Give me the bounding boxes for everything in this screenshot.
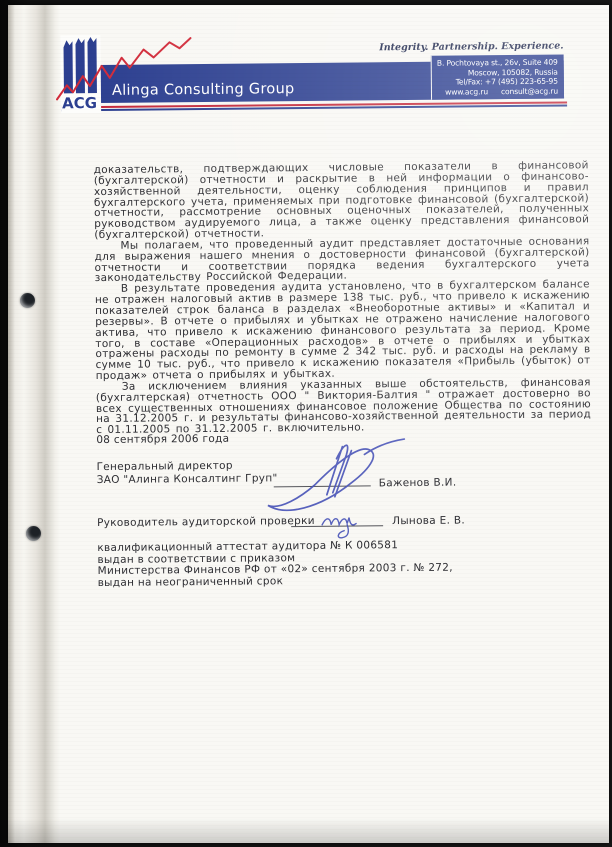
email-text: consult@acg.ru (501, 87, 558, 97)
director-signature-icon (256, 438, 413, 513)
logo-acg-text: ACG (62, 94, 97, 112)
paper-sheet: Integrity. Partnership. Experience. ACG … (8, 5, 609, 843)
punch-hole-top (20, 293, 35, 308)
scanned-document: Integrity. Partnership. Experience. ACG … (0, 0, 612, 847)
signature-block-auditor: Руководитель аудиторской проверки (97, 515, 315, 530)
website-text: www.acg.ru (445, 87, 488, 97)
brand-name: Alinga Consulting Group (112, 82, 295, 98)
punch-hole-bottom (26, 526, 41, 541)
paragraph: доказательств, подтверждающих числовые п… (94, 160, 590, 241)
paragraph: За исключением влияния указанных выше об… (96, 377, 591, 436)
signer-name: Лынова Е. В. (392, 514, 465, 527)
role-line: Руководитель аудиторской проверки (97, 515, 315, 530)
letter-body: доказательств, подтверждающих числовые п… (94, 160, 592, 436)
signature-block-director: Генеральный директор ЗАО "Алинга Консалт… (96, 459, 277, 486)
tagline: Integrity. Partnership. Experience. (305, 41, 563, 54)
certificate-block: квалификационный аттестат аудитора № К 0… (97, 540, 453, 590)
acg-logo: ACG (60, 35, 101, 113)
paragraph: Мы полагаем, что проведенный аудит предс… (94, 236, 589, 284)
role-line: ЗАО "Алинга Консалтинг Груп" (97, 472, 278, 486)
auditor-signature-icon (316, 508, 368, 540)
header-rule (61, 101, 567, 111)
page-content: Integrity. Partnership. Experience. ACG … (5, 0, 612, 844)
address-box: B. Pochtovaya st., 26v, Suite 409 Moscow… (431, 55, 564, 100)
certificate-line: выдан на неограниченный срок (98, 575, 453, 590)
logo-bars-icon: ACG (60, 35, 101, 113)
date-line: 08 сентября 2006 года (96, 433, 229, 446)
paragraph: В результате проведения аудита установле… (95, 280, 591, 382)
